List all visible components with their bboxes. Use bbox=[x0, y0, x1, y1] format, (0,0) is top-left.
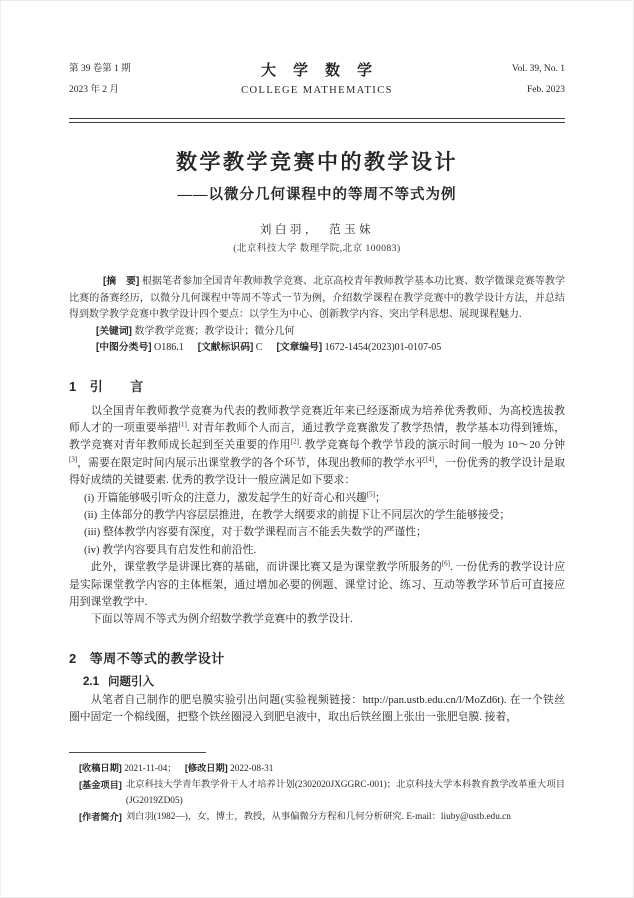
section-heading-design: 2等周不等式的教学设计 bbox=[69, 651, 565, 666]
subsection-heading-problem-intro: 2.1问题引入 bbox=[69, 675, 565, 689]
keywords-text: 数学教学竞赛；教学设计；微分几何 bbox=[134, 326, 294, 337]
requirement-item-4: (iv) 教学内容要具有启发性和前沿性. bbox=[69, 542, 565, 559]
issue-number: 第 39 卷第 1 期 bbox=[69, 63, 199, 75]
bio-label: [作者简介] bbox=[79, 809, 122, 825]
bio-text: 刘白羽(1982—)，女，博士，教授，从事偏微分方程和几何分析研究. E-mai… bbox=[126, 809, 511, 825]
revised-date-label: [修改日期] bbox=[185, 763, 228, 773]
article-title: 数学教学竞赛中的教学设计 bbox=[69, 150, 565, 174]
fund-label: [基金项目] bbox=[79, 777, 122, 793]
author-affiliation: (北京科技大学 数理学院,北京 100083) bbox=[69, 244, 565, 255]
received-date-label: [收稿日期] bbox=[79, 763, 122, 773]
issue-date: 2023 年 2 月 bbox=[69, 84, 199, 96]
requirement-item-1: (i) 开篇能够吸引听众的注意力，激发起学生的好奇心和兴趣[5]； bbox=[69, 490, 565, 507]
fund-text: 北京科技大学青年教学骨干人才培养计划(2302020JXGGRC-001)；北京… bbox=[126, 777, 565, 809]
section-title: 等周不等式的教学设计 bbox=[90, 651, 225, 666]
section-title: 引 言 bbox=[90, 379, 144, 394]
keywords-line: [关键词] 数学教学竞赛；教学设计；微分几何 bbox=[69, 324, 565, 341]
abstract: [摘 要] 根据笔者参加全国青年教师教学竞赛、北京高校青年教师教学基本功比赛、数… bbox=[69, 274, 565, 324]
article-id-value: 1672-1454(2023)01-0107-05 bbox=[325, 342, 442, 353]
design-paragraph-1: 从笔者自己制作的肥皂膜实验引出问题(实验视频链接：http://pan.ustb… bbox=[69, 692, 565, 727]
volume-number: Vol. 39, No. 1 bbox=[435, 63, 565, 75]
footnote-fund: [基金项目] 北京科技大学青年教学骨干人才培养计划(2302020JXGGRC-… bbox=[69, 777, 565, 809]
requirement-item-2: (ii) 主体部分的教学内容层层推进，在教学大纲要求的前提下让不同层次的学生能够… bbox=[69, 507, 565, 524]
section-number: 1 bbox=[69, 379, 77, 394]
subsection-number: 2.1 bbox=[83, 676, 99, 688]
article-subtitle: ——以微分几何课程中的等周不等式为例 bbox=[69, 187, 565, 204]
author-names: 刘白羽， 范玉妹 bbox=[69, 224, 565, 237]
section-heading-introduction: 1引 言 bbox=[69, 379, 565, 394]
clc-label: [中图分类号] bbox=[96, 342, 152, 353]
footnote-block: [收稿日期] 2021-11-04； [修改日期] 2022-08-31 [基金… bbox=[69, 752, 565, 825]
intro-paragraph-1: 以全国青年教师教学竞赛为代表的教师教学竞赛近年来已经逐渐成为培养优秀教师、为高校… bbox=[69, 403, 565, 490]
footnote-rule bbox=[69, 752, 206, 753]
issue-info: 第 39 卷第 1 期 2023 年 2 月 bbox=[69, 63, 199, 105]
abstract-text: 根据笔者参加全国青年教师教学竞赛、北京高校青年教师教学基本功比赛、数学微课竞赛等… bbox=[69, 276, 565, 320]
journal-header: 第 39 卷第 1 期 2023 年 2 月 大 学 数 学 COLLEGE M… bbox=[69, 63, 565, 105]
footnote-dates: [收稿日期] 2021-11-04； [修改日期] 2022-08-31 bbox=[69, 760, 565, 777]
issue-date-en: Feb. 2023 bbox=[435, 84, 565, 96]
journal-title-en: COLLEGE MATHEMATICS bbox=[199, 85, 435, 97]
classification-line: [中图分类号] O186.1[文献标识码] C[文章编号] 1672-1454(… bbox=[69, 340, 565, 357]
paper-page: 第 39 卷第 1 期 2023 年 2 月 大 学 数 学 COLLEGE M… bbox=[0, 0, 634, 898]
received-date-value: 2021-11-04； bbox=[124, 764, 176, 774]
keywords-label: [关键词] bbox=[96, 326, 132, 337]
intro-paragraph-3: 下面以等周不等式为例介绍数学教学竞赛中的教学设计. bbox=[69, 611, 565, 628]
article-id-label: [文章编号] bbox=[276, 342, 322, 353]
clc-value: O186.1 bbox=[154, 342, 184, 353]
doc-code-value: C bbox=[256, 342, 263, 353]
subsection-title: 问题引入 bbox=[108, 676, 154, 688]
doc-code-label: [文献标识码] bbox=[198, 342, 254, 353]
volume-info: Vol. 39, No. 1 Feb. 2023 bbox=[435, 63, 565, 105]
journal-title-block: 大 学 数 学 COLLEGE MATHEMATICS bbox=[199, 63, 435, 97]
abstract-label: [摘 要] bbox=[103, 276, 139, 287]
footnote-author-bio: [作者简介] 刘白羽(1982—)，女，博士，教授，从事偏微分方程和几何分析研究… bbox=[69, 809, 565, 825]
section-number: 2 bbox=[69, 651, 77, 666]
requirement-item-3: (iii) 整体教学内容要有深度，对于数学课程而言不能丢失数学的严谨性； bbox=[69, 524, 565, 541]
intro-paragraph-2: 此外，课堂教学是讲课比赛的基础，而讲课比赛又是为课堂教学所服务的[6]. 一份优… bbox=[69, 559, 565, 611]
header-rule bbox=[69, 118, 565, 123]
revised-date-value: 2022-08-31 bbox=[230, 764, 273, 774]
journal-title-cn: 大 学 数 学 bbox=[199, 63, 435, 79]
